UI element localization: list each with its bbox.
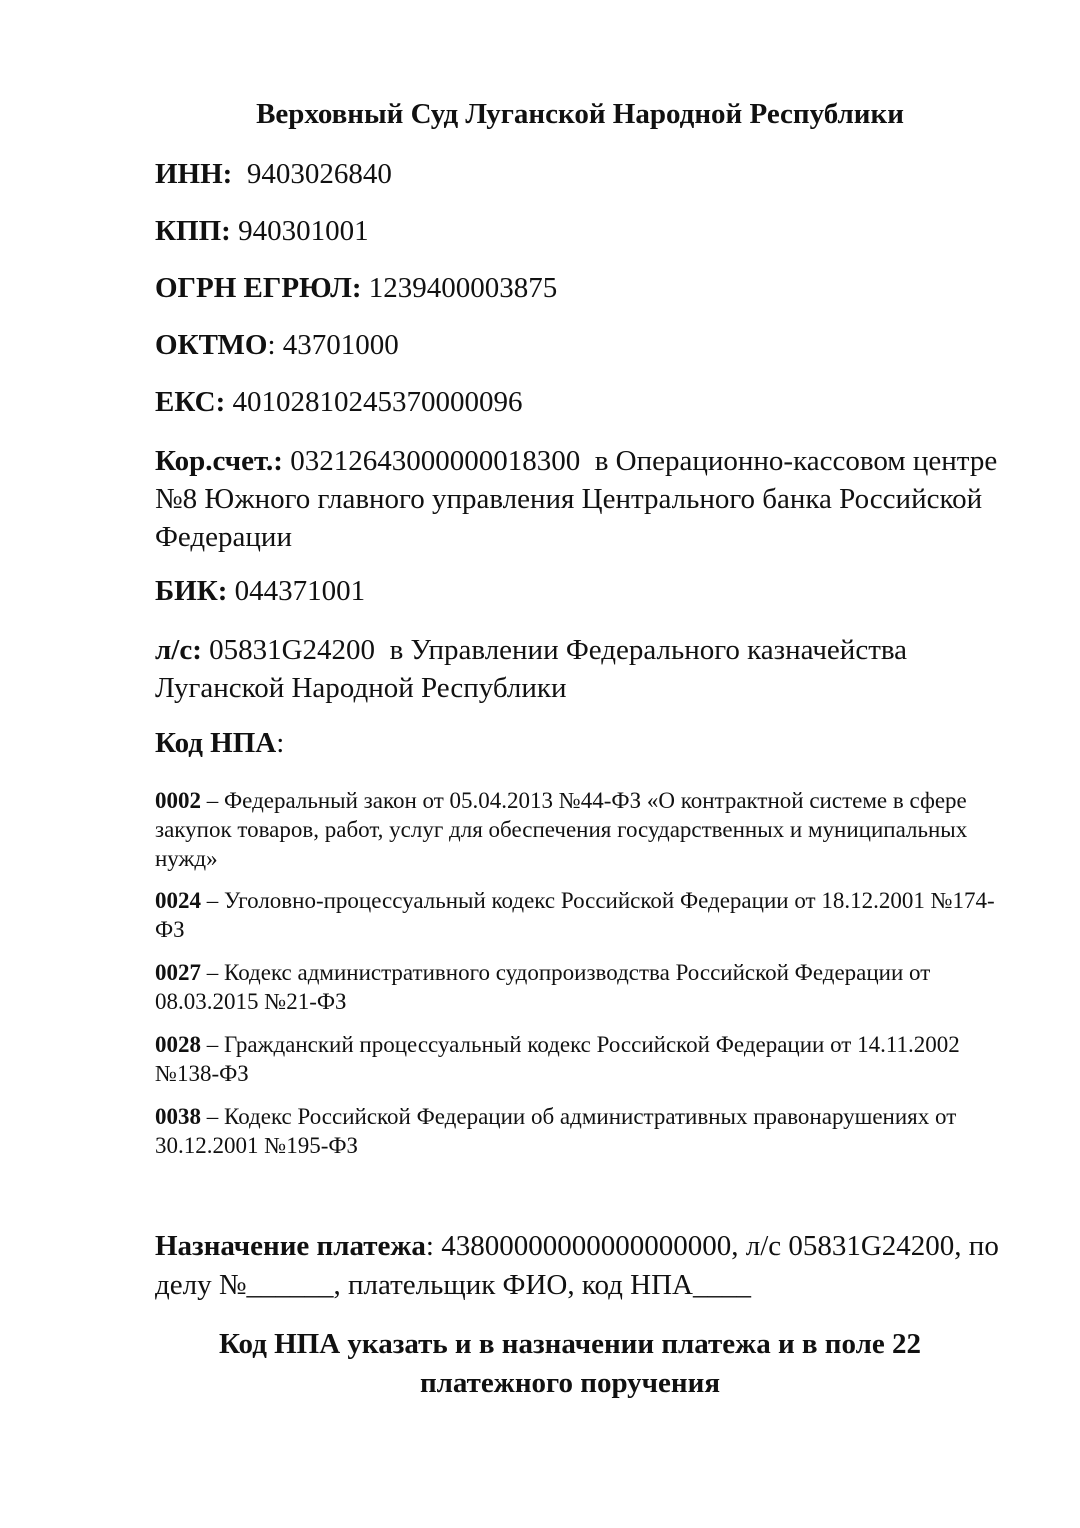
eks-label: ЕКС: (155, 386, 225, 418)
inn-value: 9403026840 (247, 158, 392, 190)
npa-item: 0028 – Гражданский процессуальный кодекс… (155, 1030, 1015, 1088)
ls-value: 05831G24200 (209, 634, 375, 666)
kor-field: Кор.счет.: 03212643000000018300 в Операц… (155, 442, 1025, 556)
ogrn-label: ОГРН ЕГРЮЛ: (155, 272, 362, 304)
npa-text: – Федеральный закон от 05.04.2013 №44-ФЗ… (155, 788, 967, 871)
bik-label: БИК: (155, 575, 227, 607)
kpp-label: КПП: (155, 215, 231, 247)
npa-text: – Уголовно-процессуальный кодекс Российс… (155, 888, 995, 942)
npa-code: 0038 (155, 1104, 201, 1129)
oktmo-label: ОКТМО (155, 329, 267, 361)
inn-field: ИНН: 9403026840 (155, 158, 392, 191)
payment-purpose-label: Назначение платежа (155, 1230, 426, 1262)
npa-item: 0024 – Уголовно-процессуальный кодекс Ро… (155, 886, 1015, 944)
npa-code: 0028 (155, 1032, 201, 1057)
oktmo-field: ОКТМО: 43701000 (155, 329, 399, 362)
kor-value: 03212643000000018300 (290, 445, 580, 477)
ls-label: л/с: (155, 634, 202, 666)
npa-code: 0002 (155, 788, 201, 813)
payment-purpose-sep: : (426, 1230, 434, 1262)
npa-item: 0038 – Кодекс Российской Федерации об ад… (155, 1102, 1015, 1160)
eks-value: 40102810245370000096 (233, 386, 523, 418)
npa-note-text: Код НПА указать и в назначении платежа и… (210, 1325, 930, 1403)
document-title: Верховный Суд Луганской Народной Республ… (0, 98, 1080, 131)
ls-field: л/с: 05831G24200 в Управлении Федерально… (155, 631, 1025, 707)
bik-field: БИК: 044371001 (155, 575, 365, 608)
inn-label: ИНН: (155, 158, 232, 190)
bik-value: 044371001 (235, 575, 366, 607)
npa-code: 0027 (155, 960, 201, 985)
oktmo-sep: : (267, 329, 275, 361)
oktmo-value: 43701000 (283, 329, 399, 361)
ogrn-value: 1239400003875 (369, 272, 558, 304)
npa-text: – Кодекс Российской Федерации об админис… (155, 1104, 956, 1158)
npa-note: Код НПА указать и в назначении платежа и… (0, 1325, 1080, 1403)
npa-heading-sep: : (276, 727, 284, 759)
npa-text: – Гражданский процессуальный кодекс Росс… (155, 1032, 960, 1086)
npa-item: 0002 – Федеральный закон от 05.04.2013 №… (155, 786, 1015, 873)
eks-field: ЕКС: 40102810245370000096 (155, 386, 523, 419)
npa-item: 0027 – Кодекс административного судопрои… (155, 958, 1015, 1016)
npa-code: 0024 (155, 888, 201, 913)
payment-purpose: Назначение платежа: 43800000000000000000… (155, 1227, 1025, 1305)
ogrn-field: ОГРН ЕГРЮЛ: 1239400003875 (155, 272, 557, 305)
npa-heading: Код НПА: (155, 727, 284, 760)
kpp-value: 940301001 (238, 215, 369, 247)
npa-text: – Кодекс административного судопроизводс… (155, 960, 930, 1014)
kpp-field: КПП: 940301001 (155, 215, 369, 248)
npa-heading-label: Код НПА (155, 727, 276, 759)
kor-label: Кор.счет.: (155, 445, 283, 477)
